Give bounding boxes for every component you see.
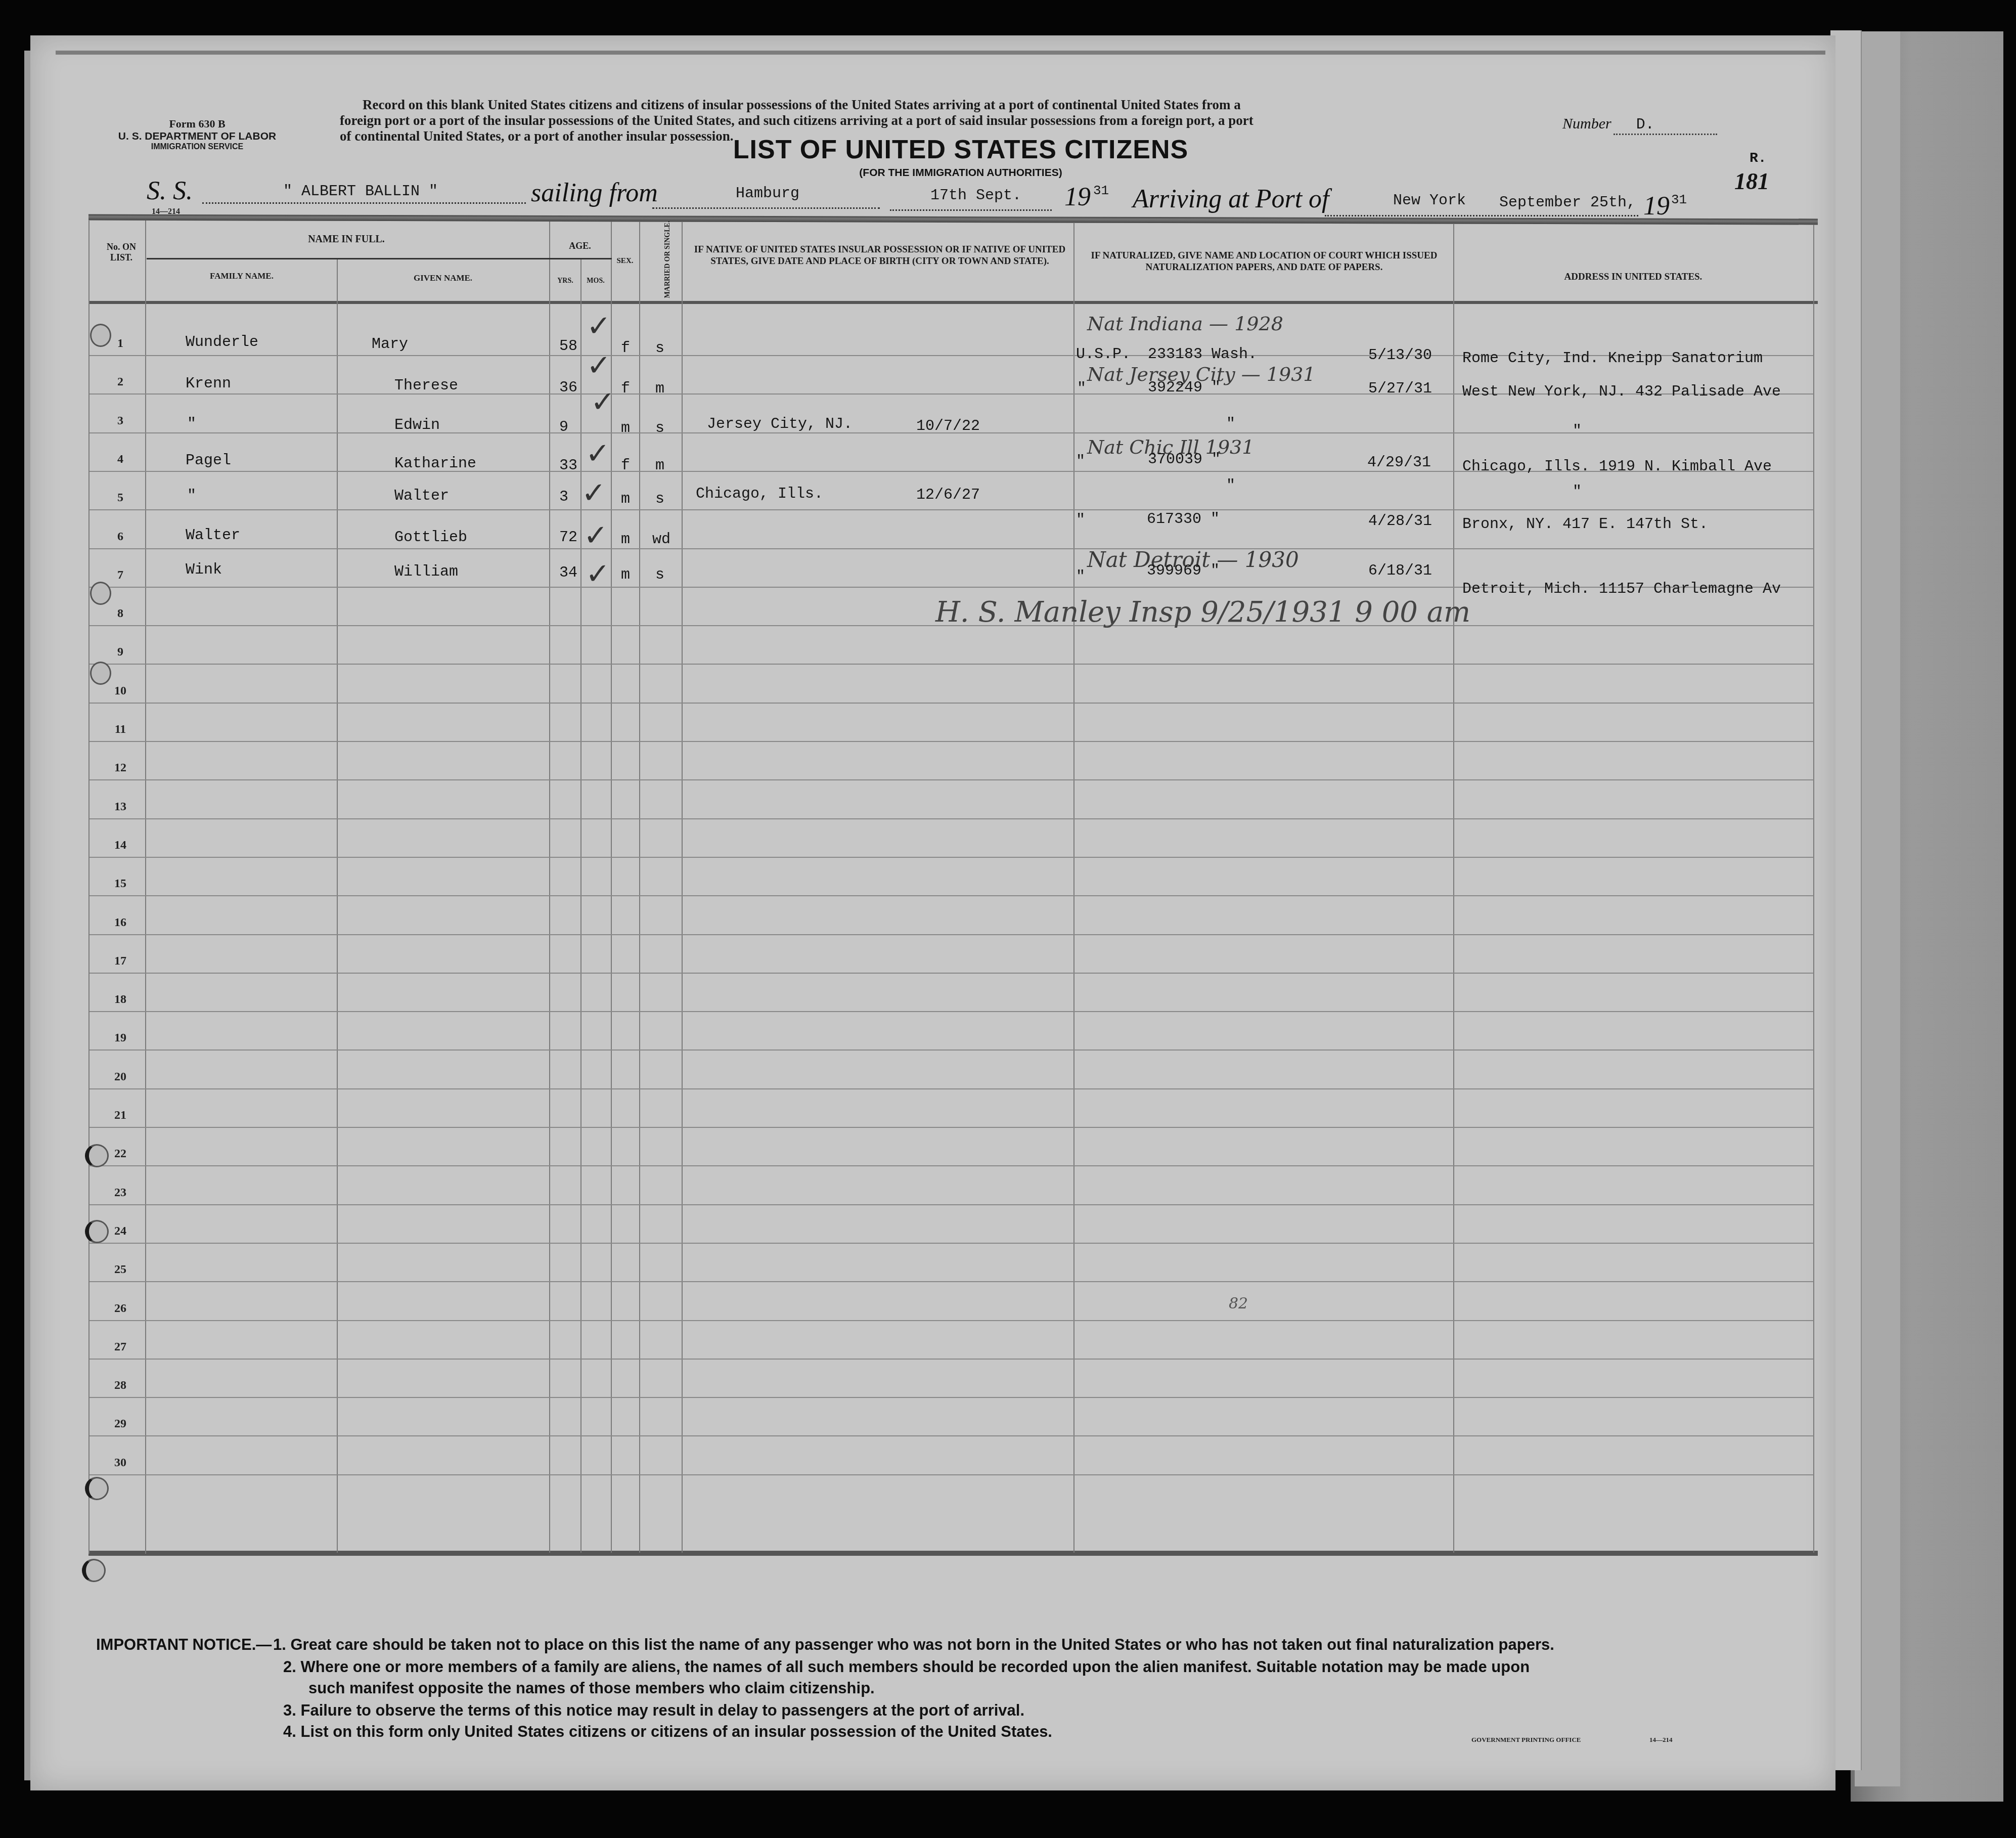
- row-number: 26: [105, 1302, 136, 1316]
- age-years: 36: [559, 379, 577, 397]
- row-number: 10: [105, 684, 136, 698]
- row-number: 29: [105, 1417, 136, 1431]
- row-number: 30: [105, 1456, 136, 1470]
- sex: m: [621, 491, 630, 508]
- age-years: 9: [559, 419, 568, 436]
- col-line-native: [1073, 223, 1074, 1553]
- row-number: 14: [105, 839, 136, 852]
- row-number: 9: [105, 645, 136, 659]
- row-rule: [89, 779, 1814, 780]
- court: U.S.P.: [1076, 346, 1131, 363]
- certificate: 399969 ": [1147, 562, 1220, 580]
- marital-status: s: [655, 340, 664, 357]
- address: Detroit, Mich. 11157 Charlemagne Av: [1462, 581, 1781, 598]
- header-mos: MOS.: [580, 277, 611, 285]
- row-number: 27: [105, 1340, 136, 1354]
- row-number: 4: [105, 453, 136, 466]
- header-no-on-list: No. ON LIST.: [101, 242, 142, 263]
- check-mark-icon: ✓: [587, 309, 611, 343]
- row-rule: [89, 1435, 1814, 1436]
- table-bottom-rule: [88, 1551, 1818, 1556]
- top-border-rule: [56, 51, 1825, 55]
- row-number: 22: [105, 1147, 136, 1161]
- check-mark-icon: ✓: [584, 518, 608, 552]
- age-years: 58: [559, 338, 577, 355]
- punch-hole: [90, 582, 111, 605]
- given-name: Edwin: [394, 417, 440, 434]
- birth-place: Chicago, Ills.: [696, 486, 823, 503]
- manifest-page: [30, 35, 1835, 1790]
- header-address: ADDRESS IN UNITED STATES.: [1456, 271, 1810, 283]
- court: ": [1076, 512, 1085, 529]
- row-number: 17: [105, 954, 136, 968]
- arriving-label: Arriving at Port of: [1133, 184, 1329, 214]
- certificate-ditto: ": [1226, 477, 1235, 495]
- birth-place: Jersey City, NJ.: [707, 416, 853, 433]
- sex: m: [621, 566, 630, 584]
- row-number: 19: [105, 1031, 136, 1045]
- instruction-line-2: foreign port or a port of the insular po…: [340, 113, 1488, 128]
- row-number: 25: [105, 1263, 136, 1277]
- naturalization-date: 5/27/31: [1368, 380, 1432, 398]
- arrival-date: September 25th,: [1499, 194, 1636, 211]
- row-rule: [89, 1088, 1814, 1089]
- row-number: 18: [105, 993, 136, 1006]
- court: ": [1076, 453, 1085, 470]
- address: Bronx, NY. 417 E. 147th St.: [1462, 516, 1708, 533]
- given-name: Gottlieb: [394, 529, 467, 546]
- arrival-year-prefix: 19: [1643, 191, 1670, 221]
- row-number: 8: [105, 607, 136, 621]
- departure-port-line: [652, 207, 880, 209]
- sheet-number: 181: [1734, 168, 1769, 195]
- row-rule: [89, 703, 1814, 704]
- ss-label: S. S.: [147, 176, 193, 206]
- row-number: 24: [105, 1224, 136, 1238]
- naturalization-date: 4/29/31: [1367, 454, 1431, 471]
- family-name: Krenn: [186, 375, 231, 392]
- col-line-married: [682, 222, 683, 1553]
- row-rule: [89, 1165, 1814, 1166]
- row-number: 12: [105, 761, 136, 775]
- court: ": [1076, 568, 1085, 586]
- row-number: 3: [105, 414, 136, 428]
- row-rule: [89, 509, 1814, 510]
- address: Chicago, Ills. 1919 N. Kimball Ave: [1462, 458, 1772, 475]
- col-line-left: [88, 221, 89, 1554]
- row-rule: [89, 1397, 1814, 1398]
- punch-hole: [85, 1144, 109, 1167]
- notice-item-4: 4. List on this form only United States …: [283, 1723, 1052, 1741]
- address-ditto: ": [1573, 484, 1582, 501]
- departure-year-suffix: 31: [1093, 183, 1109, 198]
- punch-hole: [90, 324, 111, 347]
- col-line-given: [549, 222, 550, 1553]
- row-number: 20: [105, 1070, 136, 1084]
- birth-date: 12/6/27: [916, 487, 980, 504]
- instruction-line-1: Record on this blank United States citiz…: [340, 97, 1488, 113]
- notice-item-2-cont: such manifest opposite the names of thos…: [308, 1679, 875, 1697]
- given-name: Therese: [394, 377, 458, 395]
- row-rule: [89, 1243, 1814, 1244]
- form-identification: Form 630 B U. S. DEPARTMENT OF LABOR IMM…: [111, 117, 283, 152]
- departure-date-line: [890, 209, 1052, 211]
- row-number: 2: [105, 375, 136, 389]
- given-name: Mary: [372, 336, 408, 353]
- certificate: 370039 ": [1148, 451, 1221, 468]
- list-number-field: Number D.: [1562, 115, 1717, 135]
- arrival-port-line: [1325, 215, 1638, 216]
- age-years: 34: [559, 564, 577, 582]
- col-line-address: [1813, 225, 1814, 1553]
- header-age: AGE.: [549, 241, 611, 251]
- sex: f: [621, 380, 630, 398]
- age-years: 72: [559, 529, 577, 546]
- stamp-mark: 82: [1229, 1295, 1248, 1312]
- age-years: 3: [559, 489, 568, 506]
- row-rule: [89, 1359, 1814, 1360]
- address: West New York, NJ. 432 Palisade Ave: [1462, 383, 1781, 401]
- check-mark-icon: ✓: [586, 436, 610, 470]
- family-name-ditto: ": [187, 488, 196, 505]
- family-name: Wink: [186, 561, 222, 579]
- header-family-name: FAMILY NAME.: [147, 271, 337, 281]
- row-number: 23: [105, 1186, 136, 1200]
- row-rule: [89, 664, 1814, 665]
- printer-code: 14—214: [1649, 1736, 1673, 1744]
- check-mark-icon: ✓: [586, 556, 610, 591]
- marital-status: m: [655, 457, 664, 474]
- sex: m: [621, 531, 630, 548]
- naturalization-date: 5/13/30: [1368, 347, 1432, 364]
- row-rule: [89, 818, 1814, 819]
- row-number: 11: [105, 723, 136, 736]
- marital-status: s: [655, 566, 664, 584]
- row-rule: [89, 1474, 1814, 1475]
- header-naturalized: IF NATURALIZED, GIVE NAME AND LOCATION O…: [1087, 250, 1441, 273]
- row-rule: [89, 1204, 1814, 1205]
- sailing-from-label: sailing from: [531, 178, 658, 208]
- number-value: D.: [1614, 116, 1717, 135]
- header-sex: SEX.: [611, 257, 639, 266]
- notice-item-2: 2. Where one or more members of a family…: [283, 1658, 1530, 1676]
- row-number: 5: [105, 491, 136, 505]
- row-number: 7: [105, 568, 136, 582]
- row-number: 16: [105, 916, 136, 930]
- row-rule: [89, 973, 1814, 974]
- punch-hole: [85, 1477, 109, 1500]
- notice-item-3: 3. Failure to observe the terms of this …: [283, 1701, 1024, 1720]
- punch-hole: [85, 1220, 109, 1243]
- certificate-ditto: ": [1226, 416, 1235, 433]
- notice-item-1: 1. Great care should be taken not to pla…: [273, 1636, 1554, 1654]
- age-years: 33: [559, 457, 577, 474]
- family-name: Pagel: [186, 452, 231, 469]
- row-rule: [89, 1011, 1814, 1012]
- row-rule: [89, 1320, 1814, 1321]
- departure-date: 17th Sept.: [930, 187, 1021, 204]
- birth-date: 10/7/22: [916, 418, 980, 435]
- row-number: 15: [105, 877, 136, 891]
- sex: f: [621, 457, 630, 474]
- header-yrs: YRS.: [550, 277, 580, 285]
- header-native-birth: IF NATIVE OF UNITED STATES INSULAR POSSE…: [693, 244, 1067, 267]
- printer-credit: GOVERNMENT PRINTING OFFICE: [1471, 1736, 1581, 1744]
- check-mark-icon: ✓: [587, 348, 611, 382]
- marital-status: s: [655, 420, 664, 437]
- address-ditto: ": [1573, 423, 1582, 440]
- header-married-or-single: MARRIED OR SINGLE.: [664, 201, 672, 318]
- col-line-no: [145, 221, 146, 1554]
- port-of-departure: Hamburg: [736, 185, 799, 202]
- department-name: U. S. DEPARTMENT OF LABOR: [111, 130, 283, 143]
- row-number: 13: [105, 800, 136, 814]
- naturalization-date: 4/28/31: [1368, 513, 1432, 530]
- given-name: William: [394, 563, 458, 581]
- check-mark-icon: ✓: [591, 384, 615, 419]
- sex: m: [621, 420, 630, 437]
- punch-hole: [82, 1559, 106, 1582]
- row-rule: [89, 895, 1814, 896]
- sheet-prefix: R.: [1750, 151, 1767, 166]
- col-line-mos: [611, 222, 612, 1553]
- naturalization-note: Nat Indiana — 1928: [1087, 313, 1283, 335]
- row-rule: [89, 857, 1814, 858]
- col-line-sex: [639, 222, 640, 1553]
- marital-status: s: [655, 491, 664, 508]
- row-rule: [89, 741, 1814, 742]
- ship-name: " ALBERT BALLIN ": [283, 183, 438, 200]
- header-given-name: GIVEN NAME.: [337, 273, 549, 283]
- row-rule: [89, 548, 1814, 549]
- family-name: Wunderle: [186, 334, 258, 351]
- arrival-year-suffix: 31: [1671, 192, 1687, 207]
- family-name-ditto: ": [187, 416, 196, 433]
- port-of-arrival: New York: [1393, 192, 1466, 209]
- col-line-naturalized: [1453, 224, 1454, 1553]
- given-name: Katharine: [394, 455, 476, 472]
- departure-year-prefix: 19: [1064, 182, 1091, 212]
- inspector-signature: H. S. Manley Insp 9/25/1931 9 00 am: [935, 596, 1470, 629]
- row-rule: [89, 1281, 1814, 1282]
- service-name: IMMIGRATION SERVICE: [111, 143, 283, 152]
- court: ": [1077, 380, 1086, 398]
- row-rule: [89, 1127, 1814, 1128]
- marital-status: wd: [652, 531, 670, 548]
- marital-status: m: [655, 380, 664, 398]
- form-number: Form 630 B: [111, 117, 283, 130]
- number-label: Number: [1562, 115, 1611, 132]
- sex: f: [621, 340, 630, 357]
- header-name-in-full: NAME IN FULL.: [147, 234, 546, 245]
- row-number: 21: [105, 1109, 136, 1122]
- row-rule: [89, 1049, 1814, 1051]
- given-name: Walter: [394, 488, 449, 505]
- certificate: 617330 ": [1147, 511, 1220, 528]
- address: Rome City, Ind. Kneipp Sanatorium: [1462, 350, 1763, 367]
- page-subtitle: (FOR THE IMMIGRATION AUTHORITIES): [556, 167, 1365, 179]
- notice-heading: IMPORTANT NOTICE.—: [96, 1636, 272, 1654]
- punch-hole: [90, 662, 111, 685]
- header-bottom-rule: [88, 301, 1818, 304]
- page-title: LIST OF UNITED STATES CITIZENS: [556, 135, 1365, 165]
- certificate: 392249 ": [1148, 379, 1221, 397]
- row-number: 28: [105, 1379, 136, 1392]
- row-number: 6: [105, 530, 136, 544]
- certificate: 233183 Wash.: [1148, 346, 1257, 363]
- family-name: Walter: [186, 527, 240, 544]
- check-mark-icon: ✓: [581, 475, 606, 510]
- ship-name-line: [202, 202, 526, 204]
- naturalization-date: 6/18/31: [1368, 562, 1432, 580]
- name-age-divider: [147, 258, 612, 259]
- row-rule: [89, 934, 1814, 935]
